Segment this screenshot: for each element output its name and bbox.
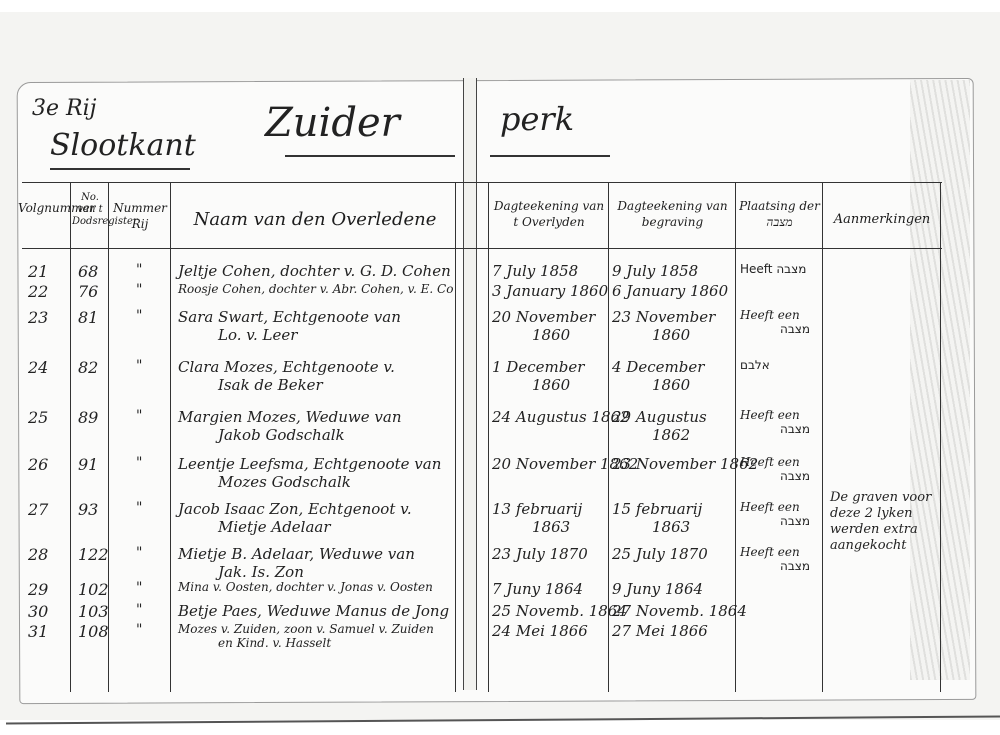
row-name: Betje Paes, Weduwe Manus de Jong — [178, 602, 449, 620]
row-name: Roosje Cohen, dochter v. Abr. Cohen, v. … — [178, 282, 453, 296]
header-register-number: No. van t Dodsregister — [72, 192, 108, 228]
row-name: Clara Mozes, Echtgenoote v.Isak de Beker — [178, 358, 395, 394]
row-date-burial: 25 July 1870 — [612, 545, 708, 563]
row-placement: אלבם — [740, 358, 770, 372]
row-name: Leentje Leefsma, Echtgenoote vanMozes Go… — [178, 455, 441, 491]
col-divider — [940, 182, 941, 692]
row-placement: Heeft eenמצבה — [740, 455, 810, 483]
row-rij: " — [136, 500, 142, 516]
row-date-burial: 4 December1860 — [612, 358, 704, 394]
book-spine — [463, 78, 477, 690]
row-name: Mina v. Oosten, dochter v. Jonas v. Oost… — [178, 580, 433, 594]
col-divider — [822, 182, 823, 692]
row-date-death: 13 februarij1863 — [492, 500, 582, 536]
row-register-number: 76 — [78, 282, 98, 301]
row-date-burial: 6 January 1860 — [612, 282, 728, 300]
row-date-death: 23 July 1870 — [492, 545, 588, 563]
row-rij: " — [136, 308, 142, 324]
header-begraving: Dagteekening van begraving — [610, 198, 735, 230]
row-placement: Heeft eenמצבה — [740, 308, 810, 336]
col-divider — [70, 182, 71, 692]
row-register-number: 102 — [78, 580, 109, 599]
row-rij: " — [136, 622, 142, 638]
location-label: Slootkant — [50, 128, 196, 163]
row-date-death: 7 Juny 1864 — [492, 580, 583, 598]
row-register-number: 93 — [78, 500, 98, 519]
row-date-burial: 15 februarij1863 — [612, 500, 702, 536]
header-rij: Nummer Rij — [110, 200, 170, 232]
row-volgnummer: 30 — [28, 602, 48, 621]
header-bottom-rule — [22, 248, 942, 249]
row-name: Sara Swart, Echtgenoote vanLo. v. Leer — [178, 308, 401, 344]
row-register-number: 122 — [78, 545, 109, 564]
row-name: Jeltje Cohen, dochter v. G. D. Cohen — [178, 262, 451, 280]
header-overlijden: Dagteekening van t Overlyden — [490, 198, 608, 230]
annotation-line: aangekocht — [830, 538, 931, 554]
row-volgnummer: 22 — [28, 282, 48, 301]
row-rij: " — [136, 602, 142, 618]
row-rij: " — [136, 282, 142, 298]
row-name: Margien Mozes, Weduwe vanJakob Godschalk — [178, 408, 401, 444]
header-naam: Naam van den Overledene — [175, 212, 455, 228]
annotation-line: De graven voor — [830, 490, 931, 506]
row-date-death: 25 Novemb. 1864 — [492, 602, 627, 620]
row-volgnummer: 29 — [28, 580, 48, 599]
row-register-number: 82 — [78, 358, 98, 377]
row-date-death: 3 January 1860 — [492, 282, 608, 300]
row-volgnummer: 28 — [28, 545, 48, 564]
row-volgnummer: 27 — [28, 500, 48, 519]
row-date-death: 24 Mei 1866 — [492, 622, 588, 640]
row-date-death: 1 December1860 — [492, 358, 584, 394]
title-right: perk — [500, 100, 574, 138]
row-register-number: 68 — [78, 262, 98, 281]
row-volgnummer: 24 — [28, 358, 48, 377]
col-divider — [455, 182, 456, 692]
header-volgnummer: Volgnummer — [18, 200, 70, 216]
col-divider — [170, 182, 171, 692]
row-register-number: 103 — [78, 602, 109, 621]
title-left: Zuider — [265, 100, 400, 146]
section-number: 3e Rij — [32, 96, 96, 121]
annotation-line: werden extra — [830, 522, 931, 538]
row-register-number: 89 — [78, 408, 98, 427]
header-plaatsing: Plaatsing der מצבה — [737, 198, 822, 230]
header-top-rule — [22, 182, 942, 183]
row-volgnummer: 25 — [28, 408, 48, 427]
row-register-number: 91 — [78, 455, 98, 474]
row-name: Mietje B. Adelaar, Weduwe vanJak. Is. Zo… — [178, 545, 415, 581]
row-name: Jacob Isaac Zon, Echtgenoot v.Mietje Ade… — [178, 500, 412, 536]
location-underline — [50, 168, 190, 170]
row-placement: Heeft מצבה — [740, 262, 806, 276]
header-aanmerkingen: Aanmerkingen — [824, 212, 940, 228]
row-placement: Heeft eenמצבה — [740, 545, 810, 573]
row-rij: " — [136, 262, 142, 278]
title-left-underline — [285, 155, 455, 157]
annotation-note: De graven voor deze 2 lyken werden extra… — [830, 490, 931, 554]
row-date-death: 24 Augustus 1862 — [492, 408, 630, 426]
row-date-death: 20 November1860 — [492, 308, 595, 344]
row-date-burial: 23 November1860 — [612, 308, 715, 344]
row-rij: " — [136, 580, 142, 596]
row-rij: " — [136, 408, 142, 424]
row-date-death: 7 July 1858 — [492, 262, 578, 280]
row-date-burial: 9 Juny 1864 — [612, 580, 703, 598]
row-name: Mozes v. Zuiden, zoon v. Samuel v. Zuide… — [178, 622, 434, 650]
row-placement: Heeft eenמצבה — [740, 408, 810, 436]
row-register-number: 108 — [78, 622, 109, 641]
row-volgnummer: 23 — [28, 308, 48, 327]
row-date-burial: 29 Augustus1862 — [612, 408, 707, 444]
row-date-burial: 27 Mei 1866 — [612, 622, 708, 640]
row-volgnummer: 31 — [28, 622, 48, 641]
row-rij: " — [136, 358, 142, 374]
row-volgnummer: 26 — [28, 455, 48, 474]
annotation-line: deze 2 lyken — [830, 506, 931, 522]
row-date-burial: 27 Novemb. 1864 — [612, 602, 747, 620]
title-right-underline — [490, 155, 610, 157]
col-divider — [488, 182, 489, 692]
row-placement: Heeft eenמצבה — [740, 500, 810, 528]
row-date-burial: 9 July 1858 — [612, 262, 698, 280]
row-volgnummer: 21 — [28, 262, 48, 281]
row-rij: " — [136, 545, 142, 561]
row-rij: " — [136, 455, 142, 471]
row-date-burial: 23 November 1862 — [612, 455, 758, 473]
row-register-number: 81 — [78, 308, 98, 327]
